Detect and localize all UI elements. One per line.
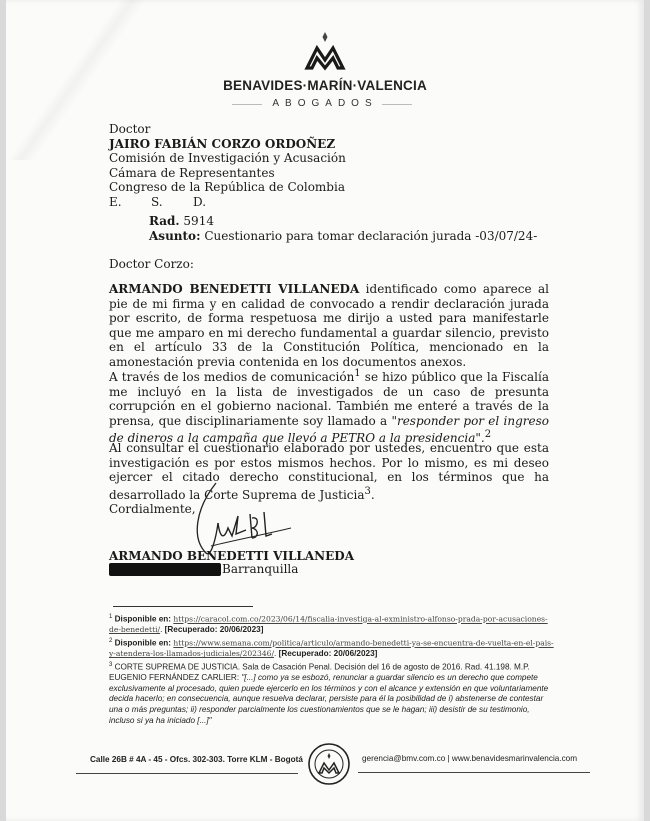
footnote-3: 3 CORTE SUPREMA DE JUSTICIA. Sala de Cas… [109, 660, 554, 726]
closing: Cordialmente, [109, 502, 196, 516]
firm-name: BENAVIDES·MARÍN·VALENCIA [6, 78, 644, 93]
firm-subtitle: ABOGADOS [272, 98, 377, 109]
footer-contact: gerencia@bmv.com.co | www.benavidesmarin… [362, 754, 577, 763]
signatory-name: ARMANDO BENEDETTI VILLANEDA [109, 549, 354, 563]
body-paragraph-1: ARMANDO BENEDETTI VILLANEDA identificado… [109, 282, 549, 370]
footer-rule-left [76, 773, 298, 774]
signatory-city: Barranquilla [222, 562, 298, 576]
salutation: Doctor Corzo: [109, 257, 194, 271]
footnote-2: 2 Disponible en: https://www.semana.com/… [109, 636, 554, 660]
footnote-divider [113, 606, 253, 607]
letterhead: BENAVIDES·MARÍN·VALENCIA ABOGADOS [6, 30, 644, 111]
footnote-1: 1 Disponible en: https://caracol.com.co/… [109, 612, 554, 636]
body-paragraph-3: Al consultar el cuestionario elaborado p… [109, 441, 549, 502]
mountain-m-logo-icon [303, 30, 347, 74]
firm-seal-icon [307, 742, 351, 786]
rad-line: Rad. 5914 [149, 214, 537, 229]
esd-line: E.S.D. [109, 195, 346, 210]
footnotes: 1 Disponible en: https://caracol.com.co/… [109, 612, 554, 726]
recipient-name: JAIRO FABIÁN CORZO ORDOÑEZ [109, 137, 346, 152]
redacted-id-bar [109, 563, 221, 576]
letter-page: BENAVIDES·MARÍN·VALENCIA ABOGADOS Doctor… [6, 0, 644, 821]
footer-address: Calle 26B # 4A - 45 - Ofcs. 302-303. Tor… [90, 755, 303, 764]
recipient-line: Congreso de la República de Colombia [109, 180, 346, 195]
recipient-line: Comisión de Investigación y Acusación [109, 151, 346, 166]
subject-line: Asunto: Cuestionario para tomar declarac… [149, 229, 537, 244]
footer-rule-right [358, 772, 590, 773]
body-paragraph-2: A través de los medios de comunicación1 … [109, 367, 549, 446]
reference-block: Rad. 5914 Asunto: Cuestionario para toma… [149, 214, 537, 243]
recipient-block: Doctor JAIRO FABIÁN CORZO ORDOÑEZ Comisi… [109, 122, 346, 209]
recipient-line: Cámara de Representantes [109, 166, 346, 181]
recipient-title: Doctor [109, 122, 346, 137]
